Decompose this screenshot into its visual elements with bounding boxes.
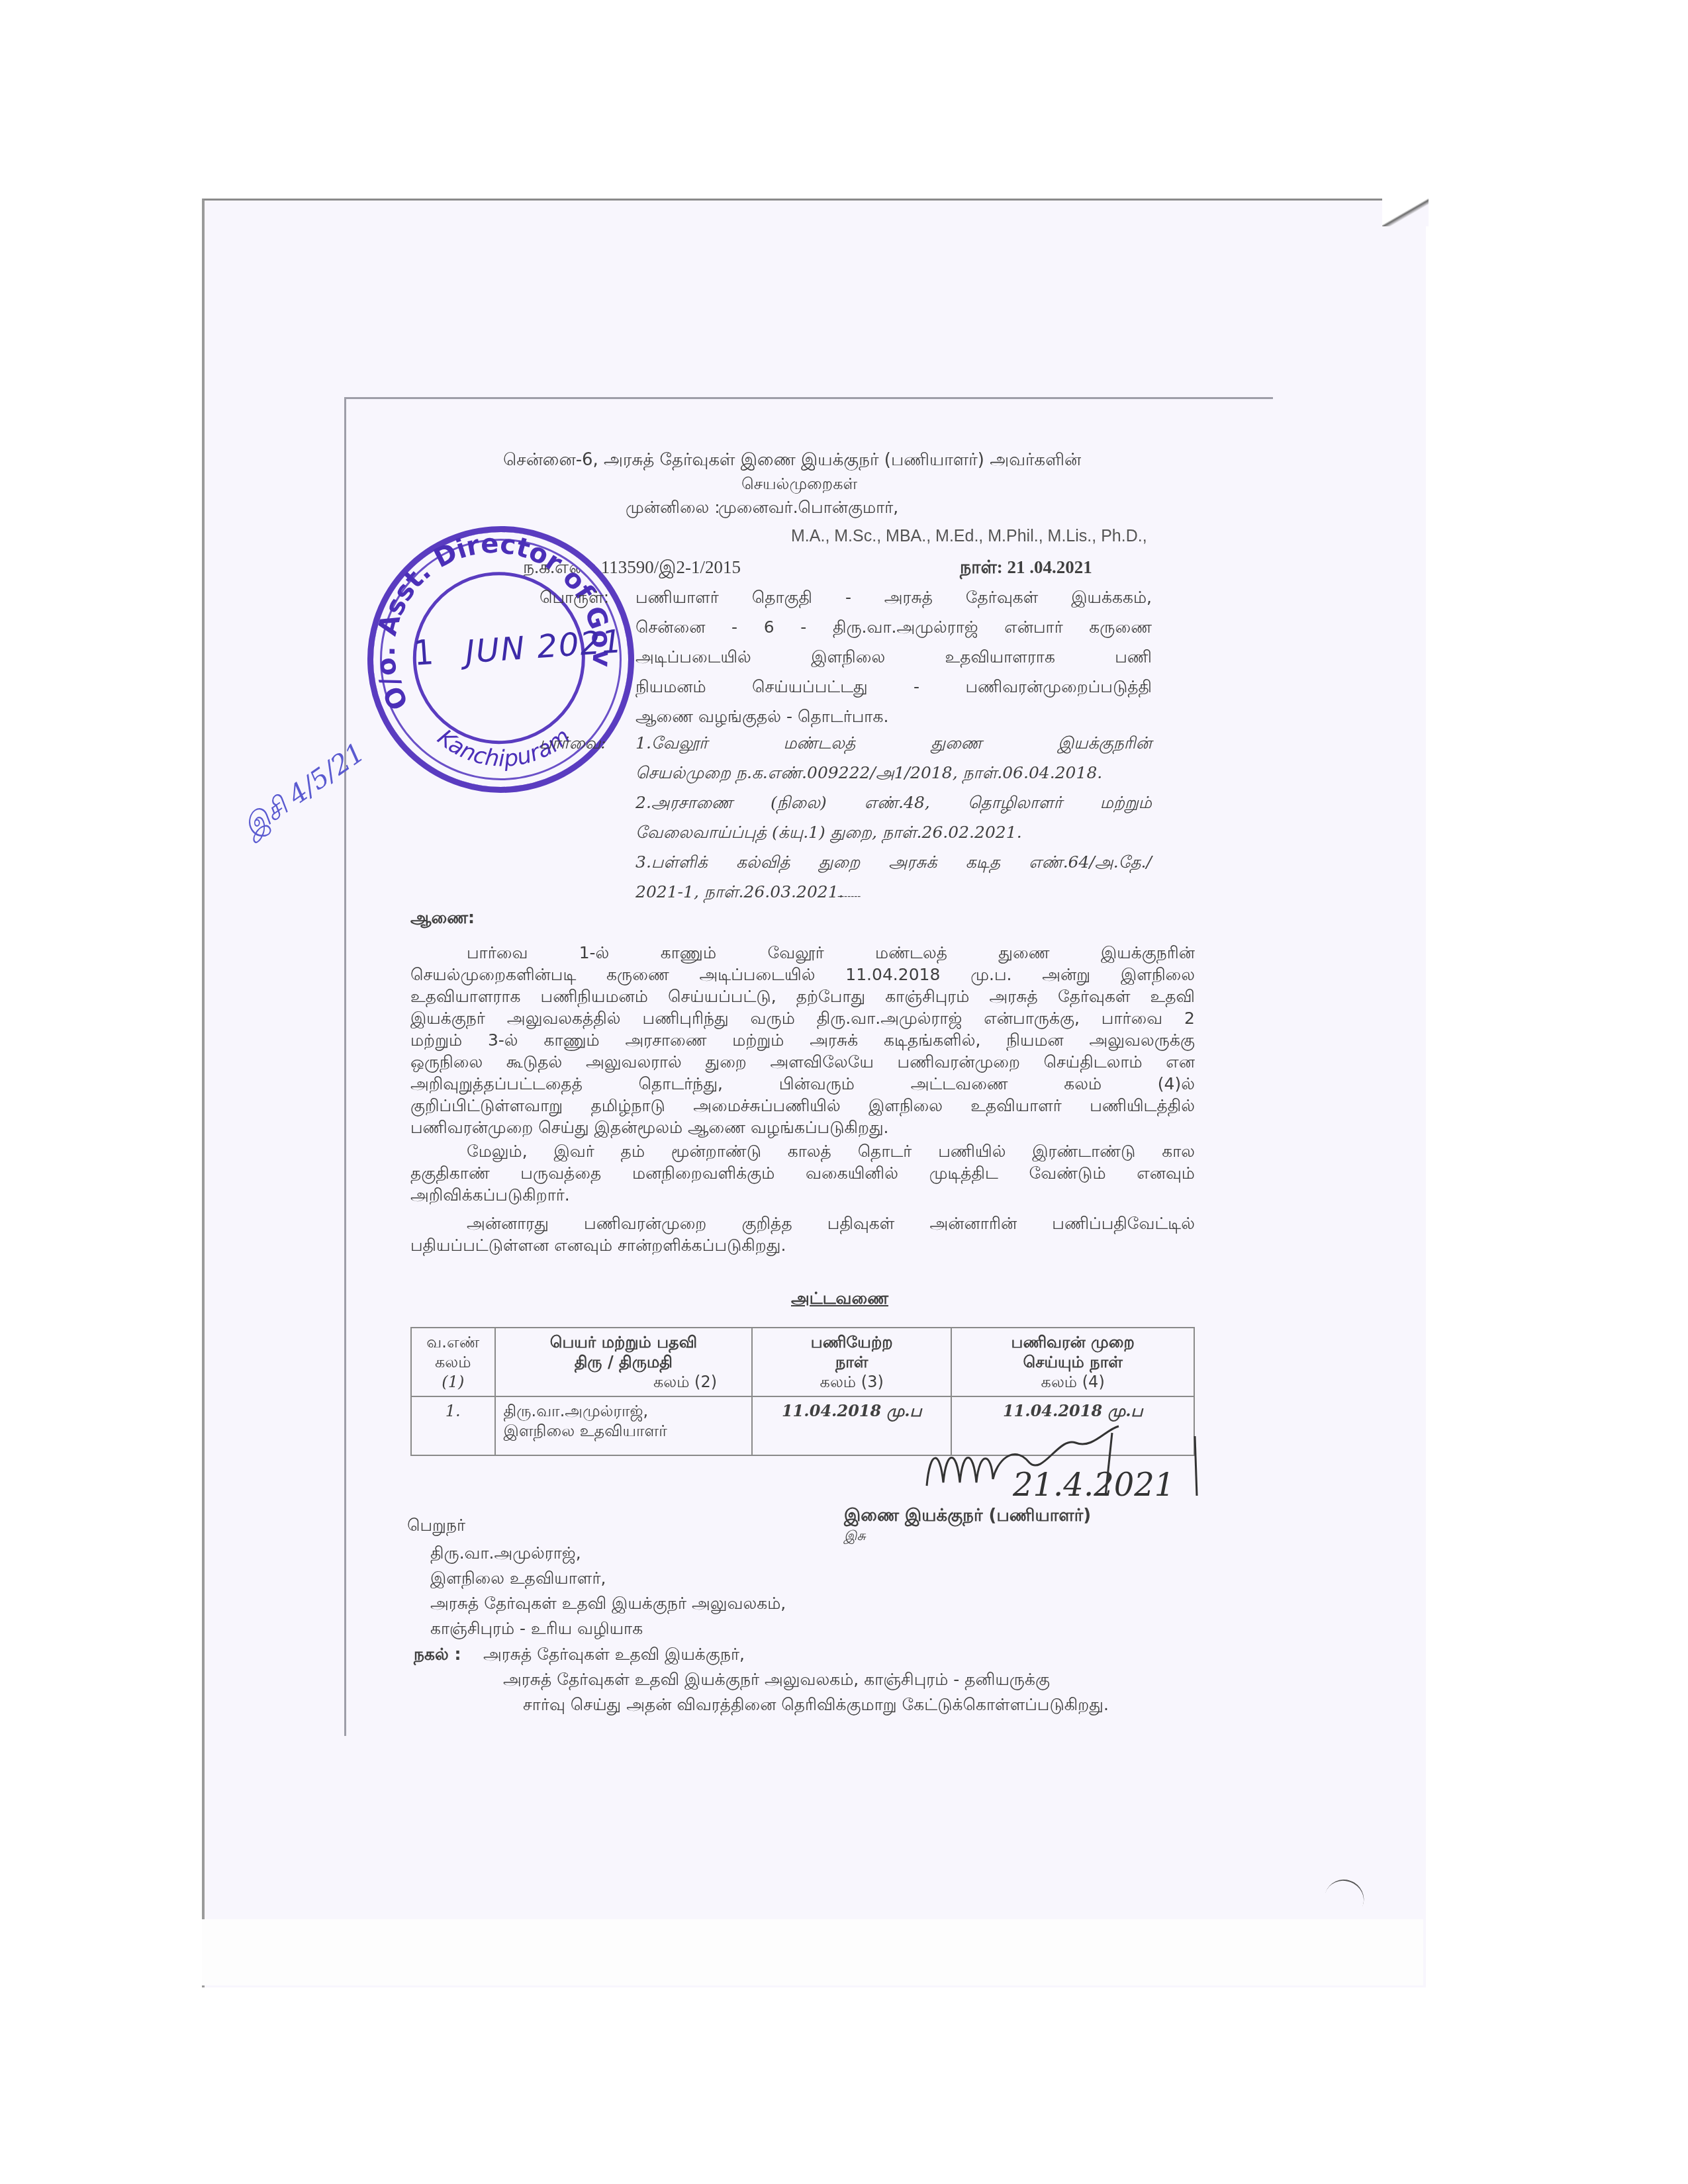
separator-line: ------- xyxy=(837,887,861,907)
order-para1-line: செயல்முறைகளின்படி கருணை அடிப்படையில் 11.… xyxy=(410,965,1195,985)
office-received-stamp: O/o. Asst. Director of Govt. Exam. Kanch… xyxy=(358,517,643,801)
subject-line: நியமனம் செய்யப்பட்டது - பணிவரன்முறைப்படு… xyxy=(635,677,1152,697)
header-proceedings: செயல்முறைகள் xyxy=(741,474,857,494)
subject-line: பணியாளர் தொகுதி - அரசுத் தேர்வுகள் இயக்க… xyxy=(635,588,1152,608)
reference-line: செயல்முறை ந.க.எண்.009222/அ1/2018, நாள்.0… xyxy=(635,763,1102,783)
signatory-initials: இசு xyxy=(844,1525,866,1545)
order-para2-line: தகுதிகாண் பருவத்தை மனநிறைவளிக்கும் வகையி… xyxy=(410,1163,1195,1183)
order-date: நாள்: 21 .04.2021 xyxy=(960,557,1092,577)
order-para1-line: பார்வை 1-ல் காணும் வேலூர் மண்டலத் துணை இ… xyxy=(467,943,1195,963)
subject-label: பொருள்: xyxy=(539,588,609,608)
copy-line: அரசுத் தேர்வுகள் உதவி இயக்குநர் அலுவலகம்… xyxy=(503,1670,1050,1690)
reference-line: வேலைவாய்ப்புத் (க்யு.1) துறை, நாள்.26.02… xyxy=(635,823,1022,842)
copy-label: நகல் : xyxy=(414,1645,461,1664)
header-office-line: சென்னை-6, அரசுத் தேர்வுகள் இணை இயக்குநர்… xyxy=(503,450,1081,470)
signatory-designation: இணை இயக்குநர் (பணியாளர்) xyxy=(844,1506,1091,1525)
subject-line: சென்னை - 6 - திரு.வா.அமுல்ராஜ் என்பார் க… xyxy=(635,617,1152,637)
col-name-header: பெயர் மற்றும் பதவிதிரு / திருமதிகலம் (2) xyxy=(495,1328,753,1396)
recipient-line: காஞ்சிபுரம் - உரிய வழியாக xyxy=(430,1619,643,1639)
sheet-bottom-edge xyxy=(202,1919,1423,1985)
col-regularisation-header: பணிவரன் முறைசெய்யும் நாள்கலம் (4) xyxy=(951,1328,1194,1396)
col-joining-header: பணியேற்றநாள்கலம் (3) xyxy=(752,1328,951,1396)
schedule-title: அட்டவணை xyxy=(791,1289,888,1308)
reference-line: 1.வேலூர் மண்டலத் துணை இயக்குநரின் xyxy=(635,733,1152,753)
order-heading: ஆணை: xyxy=(410,908,475,928)
folded-corner xyxy=(1382,199,1429,226)
references-label: பார்வை: xyxy=(539,733,606,753)
reference-line: 3.பள்ளிக் கல்வித் துறை அரசுக் கடித எண்.6… xyxy=(635,852,1152,872)
recipient-line: அரசுத் தேர்வுகள் உதவி இயக்குநர் அலுவலகம்… xyxy=(430,1594,786,1614)
order-para1-line: இயக்குநர் அலுவலகத்தில் பணிபுரிந்து வரும்… xyxy=(410,1009,1195,1028)
subject-line: ஆணை வழங்குதல் - தொடர்பாக. xyxy=(635,707,888,727)
order-para2-line: மேலும், இவர் தம் மூன்றாண்டு காலத் தொடர் … xyxy=(467,1142,1195,1161)
order-para3-line: அன்னாரது பணிவரன்முறை குறித்த பதிவுகள் அன… xyxy=(467,1214,1195,1234)
presence-label: முன்னிலை : xyxy=(626,498,720,518)
copy-line: சார்வு செய்து அதன் விவரத்தினை தெரிவிக்கு… xyxy=(523,1695,1109,1715)
recipient-label: பெறுநர் xyxy=(407,1516,465,1535)
qualifications: M.A., M.Sc., MBA., M.Ed., M.Phil., M.Lis… xyxy=(791,526,1147,546)
col-serial-header: வ.எண்கலம்(1) xyxy=(411,1328,495,1396)
order-para1-line: பணிவரன்முறை செய்து இதன்மூலம் ஆணை வழங்கப்… xyxy=(410,1118,889,1138)
presence-name: முனைவர்.பொன்குமார், xyxy=(718,498,898,518)
cell-name-designation: திரு.வா.அமுல்ராஜ்,இளநிலை உதவியாளர் xyxy=(495,1396,753,1455)
order-para3-line: பதியப்பட்டுள்ளன எனவும் சான்றளிக்கப்படுகி… xyxy=(410,1236,786,1255)
order-para1-line: அறிவுறுத்தப்பட்டதைத் தொடர்ந்து, பின்வரும… xyxy=(410,1074,1195,1094)
order-para1-line: குறிப்பிட்டுள்ளவாறு தமிழ்நாடு அமைச்சுப்ப… xyxy=(410,1096,1195,1116)
subject-line: அடிப்படையில் இளநிலை உதவியாளராக பணி xyxy=(635,647,1152,667)
copy-line: அரசுத் தேர்வுகள் உதவி இயக்குநர், xyxy=(483,1645,745,1664)
schedule-header-row: வ.எண்கலம்(1) பெயர் மற்றும் பதவிதிரு / தி… xyxy=(411,1328,1194,1396)
handwritten-signature: 21.4.2021 xyxy=(914,1423,1205,1502)
recipient-line: திரு.வா.அமுல்ராஜ், xyxy=(430,1543,581,1563)
stamp-day: 1 xyxy=(412,633,435,674)
order-para1-line: ஒருநிலை கூடுதல் அலுவலரால் துறை அளவிலேயே … xyxy=(410,1052,1195,1072)
order-para2-line: அறிவிக்கப்படுகிறார். xyxy=(410,1185,570,1205)
reference-line: 2.அரசாணை (நிலை) எண்.48, தொழிலாளர் மற்றும… xyxy=(635,793,1152,813)
recipient-line: இளநிலை உதவியாளர், xyxy=(430,1569,606,1588)
reference-line: 2021-1, நாள்.26.03.2021. xyxy=(635,882,844,902)
svg-text:21.4.2021: 21.4.2021 xyxy=(1012,1467,1174,1502)
order-para1-line: உதவியாளராக பணிநியமனம் செய்யப்பட்டு, தற்ப… xyxy=(410,987,1195,1007)
order-para1-line: மற்றும் 3-ல் காணும் அரசாணை மற்றும் அரசுக… xyxy=(410,1030,1195,1050)
cell-serial: 1. xyxy=(411,1396,495,1455)
